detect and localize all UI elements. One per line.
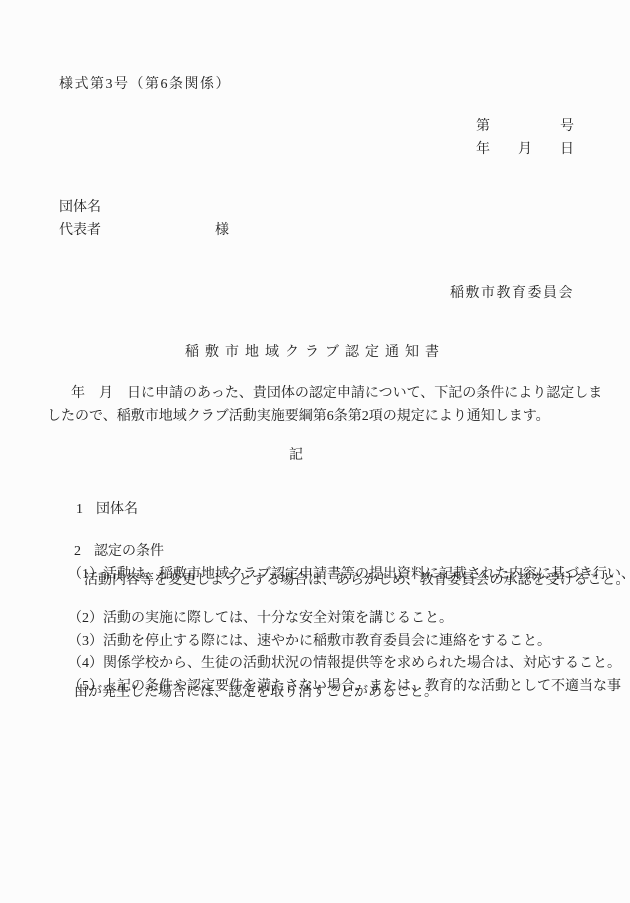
body-paragraph-line-1: 年 月 日に申請のあった、貴団体の認定申請について、下記の条件により認定しま xyxy=(71,386,602,402)
document-number-line: 第 号 xyxy=(476,119,574,135)
representative-label: 代表者 xyxy=(59,223,101,239)
section-1-title: 団体名 xyxy=(96,502,138,517)
condition-5-line-2: 由が発生した場合には、認定を取り消すことがあること。 xyxy=(74,685,438,701)
sender-name: 稲敷市教育委員会 xyxy=(450,286,574,302)
document-title: 稲敷市地域クラブ認定通知書 xyxy=(0,345,630,361)
section-1-heading: 1団体名 xyxy=(62,486,138,534)
condition-1-line-2: 活動内容等を変更しようとする場合は、あらかじめ、教育委員会の承認を受けること。 xyxy=(84,573,629,589)
body-paragraph-line-2: したので、稲敷市地域クラブ活動実施要綱第6条第2項の規定により通知します。 xyxy=(47,409,550,425)
recipient-org-label: 団体名 xyxy=(59,200,101,216)
date-line: 年 月 日 xyxy=(476,142,574,158)
recipient-representative-line: 代表者 様 xyxy=(59,223,229,239)
ki-marker: 記 xyxy=(0,448,592,464)
document-page: 様式第3号（第6条関係） 第 号 年 月 日 団体名 代表者 様 稲敷市教育委員… xyxy=(0,0,630,903)
honorific-label: 様 xyxy=(215,223,229,239)
section-1-number: 1 xyxy=(76,502,83,517)
form-number: 様式第3号（第6条関係） xyxy=(59,77,231,93)
